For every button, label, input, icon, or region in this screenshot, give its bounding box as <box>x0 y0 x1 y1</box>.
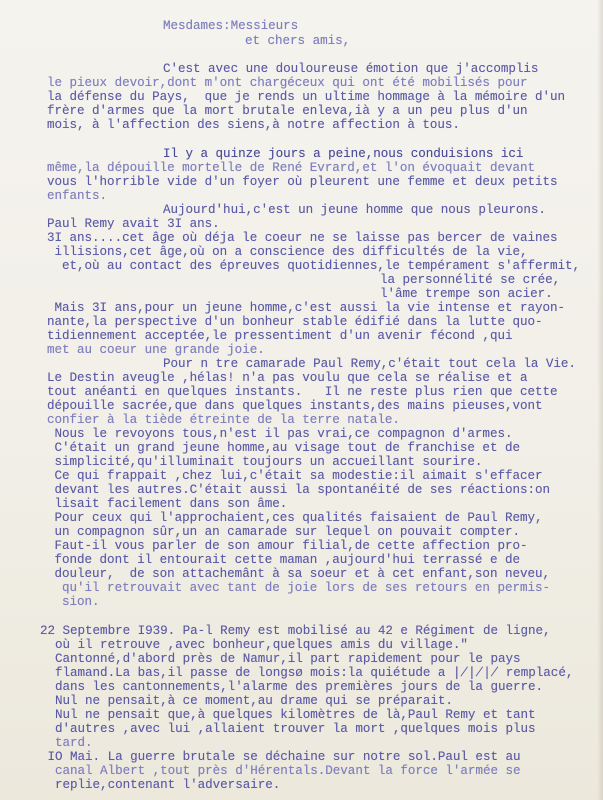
text-line: Pour ceux qui l'approchaient,ces qualité… <box>47 511 543 525</box>
text-line: met au coeur une grande joie. <box>47 343 265 357</box>
text-line: Mais 3I ans,pour un jeune homme,c'est au… <box>47 301 565 315</box>
text-line: même,la dépouille mortelle de René Evrar… <box>47 161 535 175</box>
text-line: un compagnon sûr,un an camarade sur lequ… <box>47 525 520 539</box>
typewritten-page: Mesdames:Messieurs et chers amis, C'est … <box>0 0 603 800</box>
text-line: qu'il retrouvait avec tant de joie lors … <box>47 581 550 595</box>
text-line: tidiennement acceptée,le pressentiment d… <box>47 329 512 343</box>
text-line: lisait facilement dans son âme. <box>47 497 287 511</box>
text-line: tout anéanti en quelques instants. Il ne… <box>47 385 558 399</box>
text-line: Pour n tre camarade Paul Remy,c'était to… <box>163 357 576 371</box>
text-line: Il y a quinze jours a peine,nous conduis… <box>163 147 523 161</box>
salutation-line-1: Mesdames:Messieurs <box>163 19 298 33</box>
text-line: d'autres ,avec lui ,allaient trouver la … <box>40 722 536 736</box>
text-line: dans les cantonnements,l'alarme des prem… <box>40 680 543 694</box>
text-line: et,où au contact des épreuves quotidienn… <box>47 259 580 273</box>
text-line: Ce qui frappait ,chez lui,c'était sa mod… <box>47 469 543 483</box>
text-line: replie,contenant l'adversaire. <box>40 778 280 792</box>
text-line: canal Albert ,tout près d'Hérentals.Deva… <box>40 764 520 778</box>
text-line: devant les autres.C'était aussi la spont… <box>47 483 550 497</box>
text-line: le pieux devoir,dont m'ont chargéceux qu… <box>47 76 527 90</box>
text-line: C'était un grand jeune homme,au visage t… <box>47 441 520 455</box>
text-line: Paul Remy avait 3I ans. <box>47 217 220 231</box>
text-line: la défense du Pays, que je rends un ulti… <box>47 90 565 104</box>
text-line: IO Mai. La guerre brutale se déchaine su… <box>40 750 520 764</box>
text-line: la personnélité se crée, <box>380 273 560 287</box>
text-line: Faut-il vous parler de son amour filial,… <box>47 539 527 553</box>
text-line: Nous le revoyons tous,n'est il pas vrai,… <box>47 427 512 441</box>
text-line: simplicité,qu'illuminait toujours un acc… <box>47 455 482 469</box>
text-line: l'âme trempe son acier. <box>380 287 553 301</box>
text-line: enfants. <box>47 189 107 203</box>
salutation-line-2: et chers amis, <box>245 34 350 48</box>
text-line: vous l'horrible vide d'un foyer où pleur… <box>47 175 558 189</box>
text-line: tard. <box>40 736 93 750</box>
text-line: illisions,cet âge,où on a conscience des… <box>47 245 527 259</box>
text-line: sion. <box>47 595 100 609</box>
text-line: confier à la tiède étreinte de la terre … <box>47 413 400 427</box>
text-line: fonde dont il entourait cette maman ,auj… <box>47 553 520 567</box>
text-line: frère d'armes que la mort brutale enleva… <box>47 104 527 118</box>
text-line: Le Destin aveugle ,hélas! n'a pas voulu … <box>47 371 527 385</box>
text-line: dépouille sacrée,que dans quelques insta… <box>47 399 543 413</box>
text-line: nante,la perspective d'un bonheur stable… <box>47 315 543 329</box>
text-line: 22 Septembre I939. Pa-l Remy est mobilis… <box>40 624 551 638</box>
text-line: Nul ne pensait que,à quelques kilomètres… <box>40 708 536 722</box>
text-line: où il retrouve ,avec bonheur,quelques am… <box>40 638 468 652</box>
text-line: douleur, de son attachemânt à sa soeur e… <box>47 567 550 581</box>
paper-edge-shadow <box>597 0 603 800</box>
text-line: 3I ans....cet âge où déja le coeur ne se… <box>47 231 558 245</box>
text-line: Cantonné,d'abord près de Namur,il part r… <box>40 652 520 666</box>
text-line: flamand.La bas,il passe de longsø mois:l… <box>40 666 573 680</box>
text-line: mois, à l'affection des siens,à notre af… <box>47 118 460 132</box>
text-line: Aujourd'hui,c'est un jeune homme que nou… <box>163 203 546 217</box>
text-line: C'est avec une douloureuse émotion que j… <box>163 62 538 76</box>
text-line: Nul ne pensait,à ce moment,au drame qui … <box>40 694 453 708</box>
